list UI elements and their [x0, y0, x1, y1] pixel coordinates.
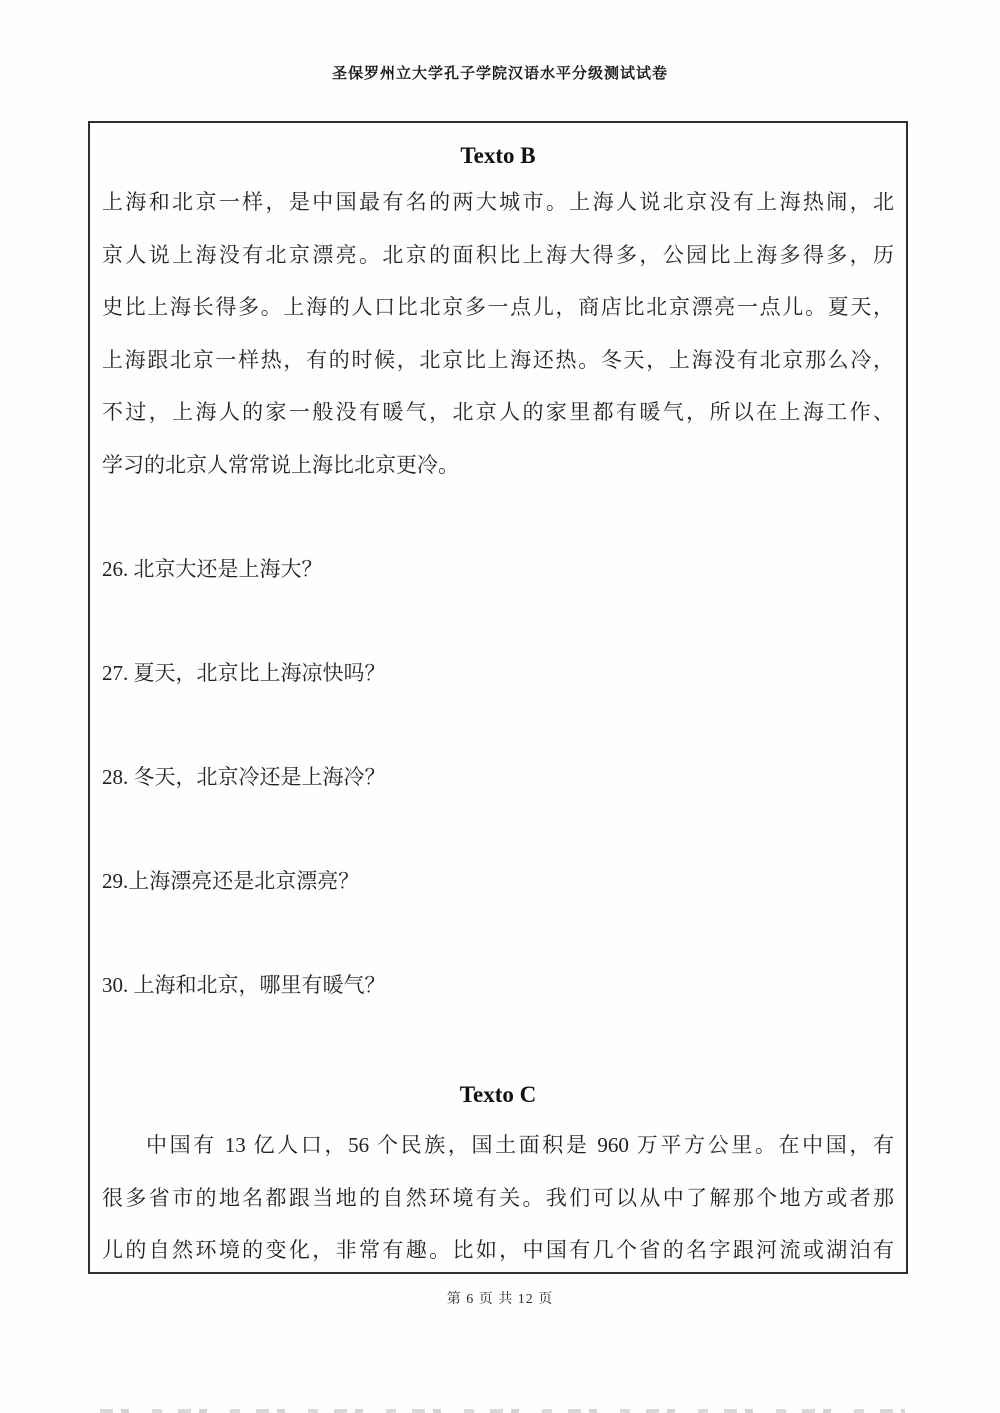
question-27: 27. 夏天，北京比上海凉快吗？ [102, 658, 894, 688]
question-29: 29.上海漂亮还是北京漂亮？ [102, 866, 894, 896]
page-number-footer: 第 6 页 共 12 页 [0, 1288, 1000, 1308]
question-28: 28. 冬天，北京冷还是上海冷？ [102, 762, 894, 792]
texto-c-title: Texto C [102, 1082, 894, 1108]
sheet-background: 圣保罗州立大学孔子学院汉语水平分级测试试卷 Texto B 上海和北京一样，是中… [0, 0, 1000, 1413]
question-26: 26. 北京大还是上海大？ [102, 554, 894, 584]
content-border-box: Texto B 上海和北京一样，是中国最有名的两大城市。上海人说北京没有上海热闹… [88, 121, 908, 1274]
texto-c-line-2: 很多省市的地名都跟当地的自然环境有关。我们可以从中了解那个地方或者那 [102, 1172, 894, 1225]
texto-b-line-5: 不过，上海人的家一般没有暖气，北京人的家里都有暖气，所以在上海工作、 [102, 386, 894, 439]
texto-c-passage: 中国有 13 亿人口，56 个民族，国土面积是 960 万平方公里。在中国，有 … [102, 1119, 894, 1277]
texto-b-line-4: 上海跟北京一样热，有的时候，北京比上海还热。冬天，上海没有北京那么冷， [102, 334, 894, 387]
next-page-cutoff-strip [100, 1409, 905, 1413]
page-header-title: 圣保罗州立大学孔子学院汉语水平分级测试试卷 [0, 62, 1000, 83]
texto-b-title: Texto B [102, 123, 894, 169]
texto-c-line-1: 中国有 13 亿人口，56 个民族，国土面积是 960 万平方公里。在中国，有 [102, 1119, 894, 1172]
question-30: 30. 上海和北京，哪里有暖气？ [102, 970, 894, 1000]
texto-b-line-6: 学习的北京人常常说上海比北京更冷。 [102, 439, 894, 492]
texto-c-line-3: 儿的自然环境的变化，非常有趣。比如，中国有几个省的名字跟河流或湖泊有 [102, 1224, 894, 1277]
test-paper-page: { "page": { "header": "圣保罗州立大学孔子学院汉语水平分级… [0, 0, 1000, 1413]
texto-b-line-1: 上海和北京一样，是中国最有名的两大城市。上海人说北京没有上海热闹，北 [102, 176, 894, 229]
texto-b-line-3: 史比上海长得多。上海的人口比北京多一点儿，商店比北京漂亮一点儿。夏天， [102, 281, 894, 334]
texto-b-passage: 上海和北京一样，是中国最有名的两大城市。上海人说北京没有上海热闹，北 京人说上海… [102, 176, 894, 491]
texto-b-questions: 26. 北京大还是上海大？ 27. 夏天，北京比上海凉快吗？ 28. 冬天，北京… [102, 554, 894, 1000]
texto-b-line-2: 京人说上海没有北京漂亮。北京的面积比上海大得多，公园比上海多得多，历 [102, 229, 894, 282]
